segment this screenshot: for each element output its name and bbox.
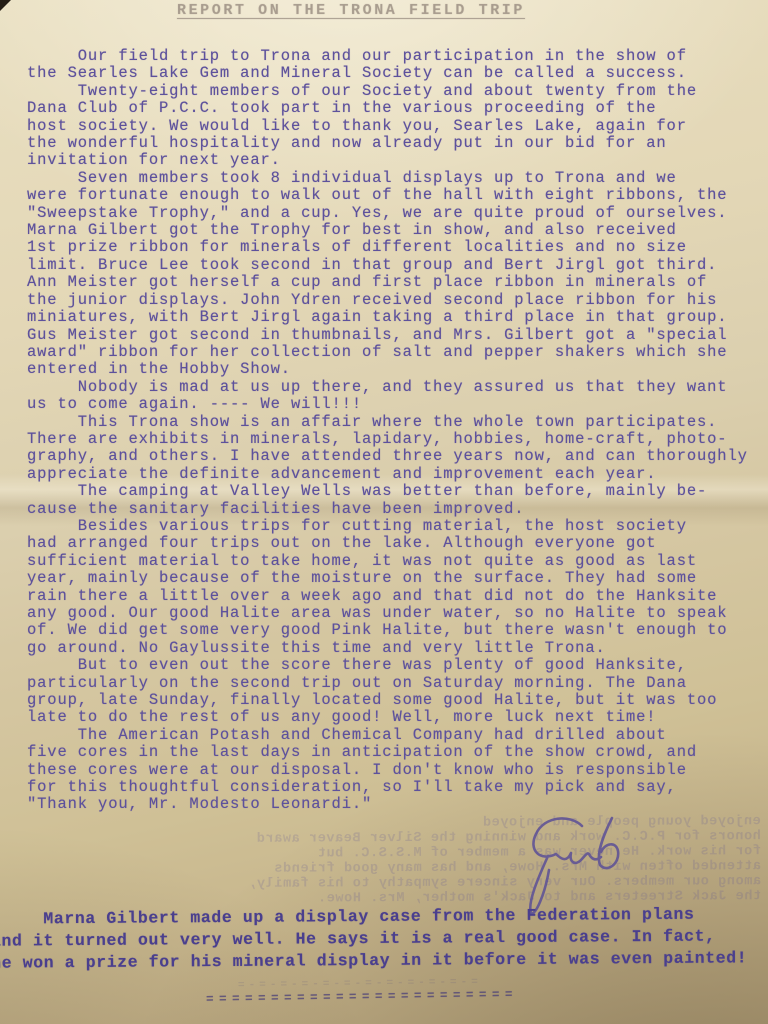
- bleed-through-text: enjoyed young people and enjoyed honors …: [55, 814, 761, 908]
- paragraph-attendance: Twenty-eight members of our Society and …: [27, 83, 764, 170]
- closing-paragraph: Marna Gilbert made up a display case fro…: [0, 903, 747, 974]
- paragraph-awards: Seven members took 8 individual displays…: [27, 170, 764, 379]
- paragraph-camping: The camping at Valley Wells was better t…: [27, 483, 764, 518]
- document-title: REPORT ON THE TRONA FIELD TRIP: [0, 2, 768, 19]
- photo-corner-shadow: [0, 0, 11, 11]
- paragraph-hanksite: But to even out the score there was plen…: [27, 657, 764, 727]
- paragraph-invitation: Nobody is mad at us up there, and they a…: [27, 379, 764, 414]
- typewritten-report-page: REPORT ON THE TRONA FIELD TRIP Our field…: [0, 0, 768, 1024]
- paragraph-lake-trips: Besides various trips for cutting materi…: [27, 518, 764, 657]
- paragraph-intro: Our field trip to Trona and our particip…: [27, 48, 764, 83]
- document-body: Our field trip to Trona and our particip…: [27, 48, 764, 814]
- paragraph-potash-company: The American Potash and Chemical Company…: [27, 727, 764, 814]
- paragraph-town-show: This Trona show is an affair where the w…: [27, 414, 764, 484]
